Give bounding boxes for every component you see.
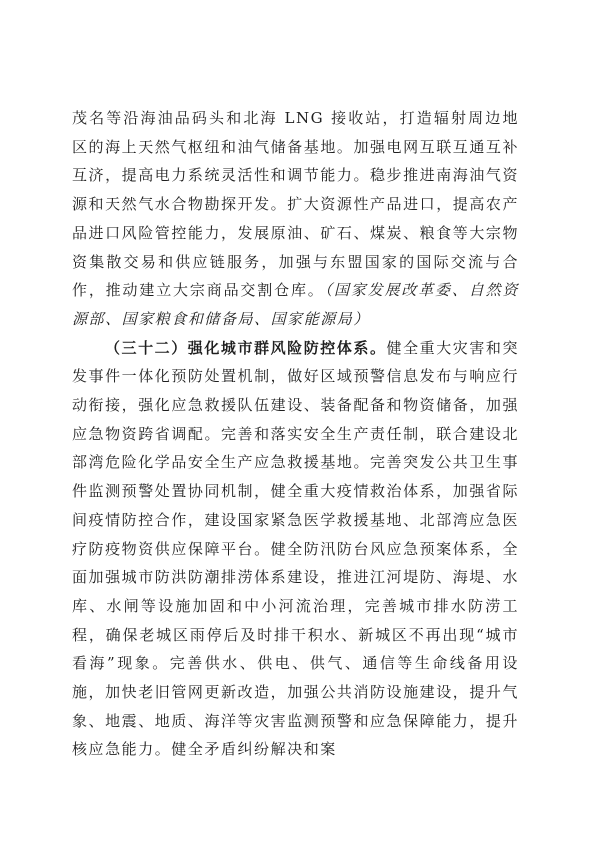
paragraph-body-text: 健全重大灾害和突发事件一体化预防处置机制，做好区域预警信息发布与响应行动衔接，强… [72, 339, 519, 759]
document-content: 茂名等沿海油品码头和北海 LNG 接收站，打造辐射周边地区的海上天然气枢纽和油气… [72, 104, 519, 764]
document-page: 茂名等沿海油品码头和北海 LNG 接收站，打造辐射周边地区的海上天然气枢纽和油气… [0, 0, 600, 848]
paragraph-section-32: （三十二）强化城市群风险防控体系。健全重大灾害和突发事件一体化预防处置机制，做好… [72, 334, 519, 765]
paragraph-body-text: 茂名等沿海油品码头和北海 LNG 接收站，打造辐射周边地区的海上天然气枢纽和油气… [72, 109, 519, 299]
section-heading: （三十二）强化城市群风险防控体系。 [105, 339, 387, 357]
paragraph-continuation: 茂名等沿海油品码头和北海 LNG 接收站，打造辐射周边地区的海上天然气枢纽和油气… [72, 104, 519, 334]
